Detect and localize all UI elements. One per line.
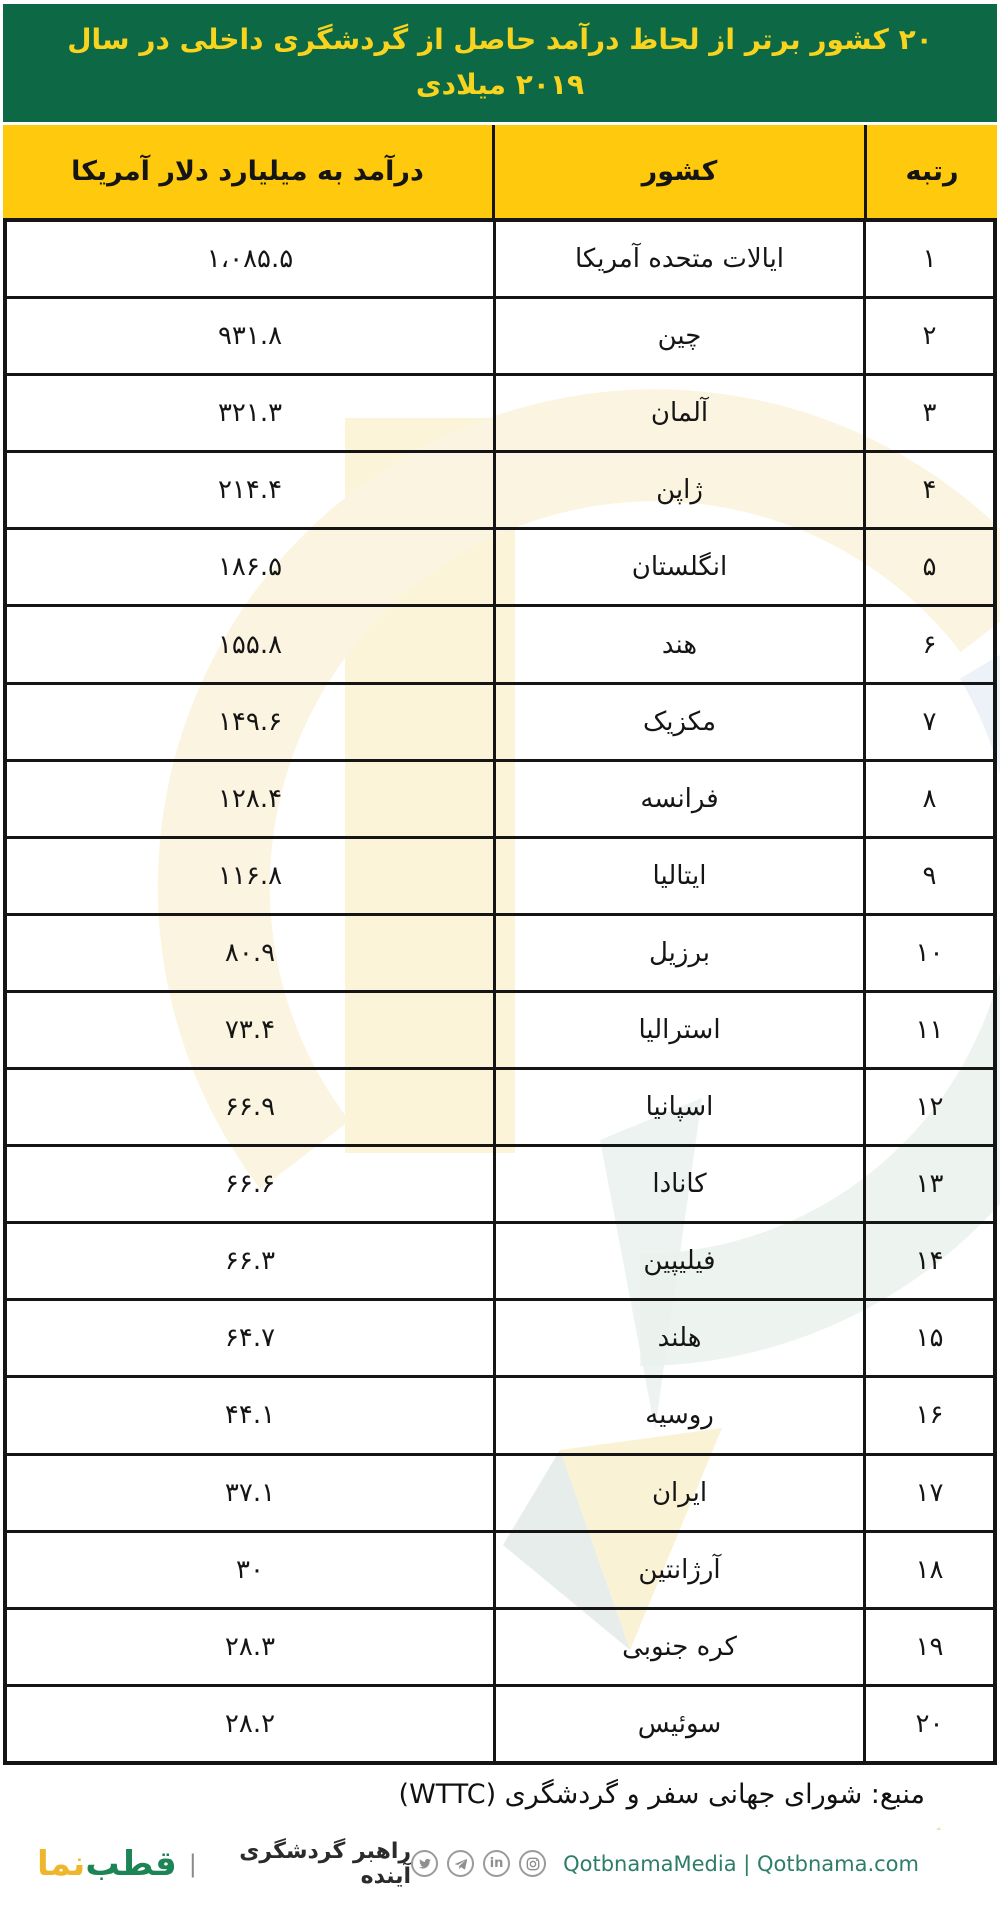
cell-country: هلند (496, 1301, 866, 1375)
cell-country: فرانسه (496, 762, 866, 836)
cell-country: ایتالیا (496, 839, 866, 913)
brand-tagline: راهبر گردشگری آینده (209, 1839, 411, 1889)
cell-revenue: ۲۱۴.۴ (7, 453, 496, 527)
brand-block: راهبر گردشگری آینده | قطب‌نما (37, 1839, 411, 1889)
cell-revenue: ۱،۰۸۵.۵ (7, 222, 496, 296)
cell-country: هند (496, 607, 866, 681)
cell-country: برزیل (496, 916, 866, 990)
cell-revenue: ۶۶.۹ (7, 1070, 496, 1144)
table-row: ۱۴فیلیپین۶۶.۳ (7, 1221, 993, 1298)
source-note: منبع: شورای جهانی سفر و گردشگری (WTTC) (3, 1765, 997, 1830)
cell-country: استرالیا (496, 993, 866, 1067)
social-handle-text[interactable]: QotbnamaMedia | Qotbnama.com (563, 1852, 919, 1876)
table-row: ۴ژاپن۲۱۴.۴ (7, 450, 993, 527)
table-row: ۱۰برزیل۸۰.۹ (7, 913, 993, 990)
header-rank: رتبه (867, 125, 997, 218)
logo-text-yellow: نما (37, 1844, 85, 1884)
cell-revenue: ۸۰.۹ (7, 916, 496, 990)
table-row: ۲۰سوئیس۲۸.۲ (7, 1684, 993, 1761)
table-row: ۱۷ایران۳۷.۱ (7, 1453, 993, 1530)
cell-country: کانادا (496, 1147, 866, 1221)
cell-revenue: ۷۳.۴ (7, 993, 496, 1067)
cell-rank: ۱۱ (866, 993, 993, 1067)
cell-rank: ۴ (866, 453, 993, 527)
ranking-table-body: ۱ایالات متحده آمریکا۱،۰۸۵.۵۲چین۹۳۱.۸۳آلم… (3, 218, 997, 1765)
table-row: ۱۹کره جنوبی۲۸.۳ (7, 1607, 993, 1684)
table-row: ۷مکزیک۱۴۹.۶ (7, 682, 993, 759)
cell-rank: ۳ (866, 376, 993, 450)
table-row: ۱۲اسپانیا۶۶.۹ (7, 1067, 993, 1144)
cell-rank: ۹ (866, 839, 993, 913)
cell-rank: ۱۲ (866, 1070, 993, 1144)
logo-text-green: قطب‌ (85, 1844, 176, 1884)
cell-rank: ۱۵ (866, 1301, 993, 1375)
cell-rank: ۱۷ (866, 1456, 993, 1530)
cell-revenue: ۶۶.۳ (7, 1224, 496, 1298)
cell-revenue: ۱۲۸.۴ (7, 762, 496, 836)
cell-revenue: ۳۷.۱ (7, 1456, 496, 1530)
header-country: کشور (495, 125, 867, 218)
infographic-page: ۲۰ کشور برتر از لحاظ درآمد حاصل از گردشگ… (0, 0, 1000, 1911)
cell-country: اسپانیا (496, 1070, 866, 1144)
cell-rank: ۱۹ (866, 1610, 993, 1684)
social-block: in QotbnamaMedia | Qotbnama.com (411, 1850, 919, 1877)
qotbnama-logo: قطب‌نما (37, 1844, 177, 1884)
table-row: ۱۳کانادا۶۶.۶ (7, 1144, 993, 1221)
brand-separator: | (189, 1850, 197, 1878)
cell-revenue: ۲۸.۲ (7, 1687, 496, 1761)
cell-country: آرژانتین (496, 1533, 866, 1607)
table-row: ۱۸آرژانتین۳۰ (7, 1530, 993, 1607)
telegram-icon[interactable] (447, 1850, 474, 1877)
page-title: ۲۰ کشور برتر از لحاظ درآمد حاصل از گردشگ… (39, 18, 961, 108)
cell-country: فیلیپین (496, 1224, 866, 1298)
cell-rank: ۶ (866, 607, 993, 681)
table-header: رتبه کشور درآمد به میلیارد دلار آمریکا (3, 125, 997, 218)
twitter-icon[interactable] (411, 1850, 438, 1877)
cell-rank: ۱۶ (866, 1378, 993, 1452)
cell-revenue: ۱۱۶.۸ (7, 839, 496, 913)
cell-rank: ۷ (866, 685, 993, 759)
footer-bar: راهبر گردشگری آینده | قطب‌نما in (3, 1830, 997, 1911)
table-row: ۲چین۹۳۱.۸ (7, 296, 993, 373)
table-row: ۱ایالات متحده آمریکا۱،۰۸۵.۵ (7, 222, 993, 296)
cell-revenue: ۱۸۶.۵ (7, 530, 496, 604)
cell-rank: ۱۰ (866, 916, 993, 990)
cell-revenue: ۱۵۵.۸ (7, 607, 496, 681)
cell-revenue: ۶۶.۶ (7, 1147, 496, 1221)
cell-country: آلمان (496, 376, 866, 450)
cell-revenue: ۲۸.۳ (7, 1610, 496, 1684)
title-bar: ۲۰ کشور برتر از لحاظ درآمد حاصل از گردشگ… (3, 4, 997, 122)
cell-rank: ۱۴ (866, 1224, 993, 1298)
cell-revenue: ۳۲۱.۳ (7, 376, 496, 450)
cell-revenue: ۳۰ (7, 1533, 496, 1607)
table-row: ۱۶روسیه۴۴.۱ (7, 1375, 993, 1452)
cell-revenue: ۱۴۹.۶ (7, 685, 496, 759)
cell-country: ژاپن (496, 453, 866, 527)
cell-country: ایالات متحده آمریکا (496, 222, 866, 296)
table-row: ۳آلمان۳۲۱.۳ (7, 373, 993, 450)
cell-revenue: ۹۳۱.۸ (7, 299, 496, 373)
cell-country: مکزیک (496, 685, 866, 759)
table-row: ۹ایتالیا۱۱۶.۸ (7, 836, 993, 913)
table-row: ۶هند۱۵۵.۸ (7, 604, 993, 681)
cell-rank: ۱۸ (866, 1533, 993, 1607)
cell-country: ایران (496, 1456, 866, 1530)
cell-rank: ۲ (866, 299, 993, 373)
table-row: ۵انگلستان۱۸۶.۵ (7, 527, 993, 604)
header-revenue: درآمد به میلیارد دلار آمریکا (3, 125, 495, 218)
linkedin-icon[interactable]: in (483, 1850, 510, 1877)
cell-country: سوئیس (496, 1687, 866, 1761)
cell-country: کره جنوبی (496, 1610, 866, 1684)
cell-country: چین (496, 299, 866, 373)
cell-rank: ۲۰ (866, 1687, 993, 1761)
cell-revenue: ۶۴.۷ (7, 1301, 496, 1375)
cell-rank: ۸ (866, 762, 993, 836)
cell-country: روسیه (496, 1378, 866, 1452)
table-row: ۸فرانسه۱۲۸.۴ (7, 759, 993, 836)
cell-revenue: ۴۴.۱ (7, 1378, 496, 1452)
cell-rank: ۱ (866, 222, 993, 296)
cell-rank: ۱۳ (866, 1147, 993, 1221)
table-row: ۱۱استرالیا۷۳.۴ (7, 990, 993, 1067)
table-row: ۱۵هلند۶۴.۷ (7, 1298, 993, 1375)
instagram-icon[interactable] (519, 1850, 546, 1877)
cell-rank: ۵ (866, 530, 993, 604)
cell-country: انگلستان (496, 530, 866, 604)
